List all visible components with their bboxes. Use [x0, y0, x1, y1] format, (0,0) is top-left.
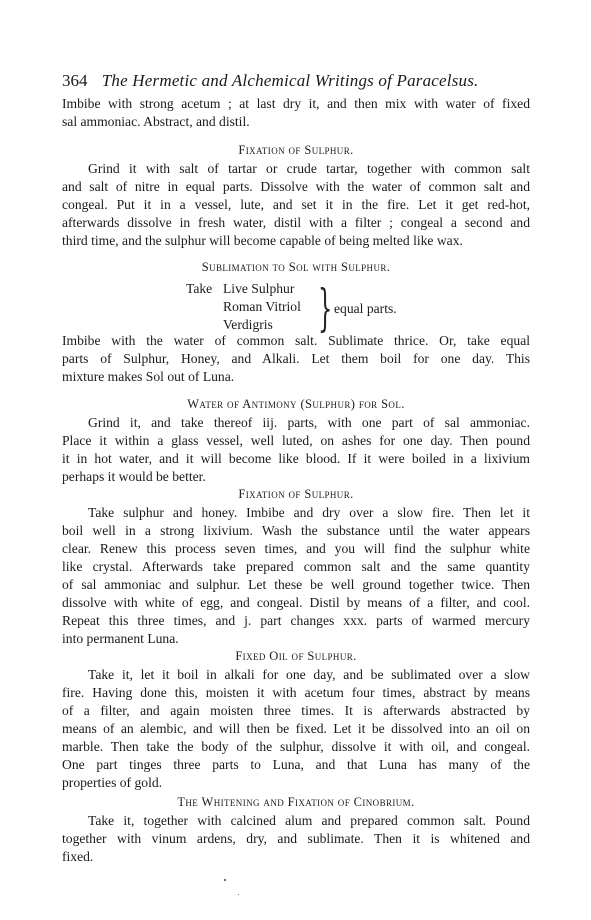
text-line: into permanent Luna.: [62, 630, 530, 648]
section-heading: Fixed Oil of Sulphur.: [62, 649, 530, 664]
text-line: sal ammoniac. Abstract, and distil.: [62, 113, 530, 131]
text-line: One part tinges three parts to Luna, and…: [62, 756, 530, 774]
text-line: it in hot water, and it will become like…: [62, 450, 530, 468]
text-line: dissolve with white of egg, and congeal.…: [62, 594, 530, 612]
section-paragraph: Grind it with salt of tartar or crude ta…: [62, 160, 530, 250]
text-line: boil well in a strong lixivium. Wash the…: [62, 522, 530, 540]
section-paragraph: Take it, together with calcined alum and…: [62, 812, 530, 866]
text-line: Grind it with salt of tartar or crude ta…: [62, 160, 530, 178]
scan-speck: [238, 894, 239, 895]
text-line: Imbibe with strong acetum ; at last dry …: [62, 95, 530, 113]
section-heading: Fixation of Sulphur.: [62, 487, 530, 502]
text-line: of sal ammoniac and sulphur. Let these b…: [62, 576, 530, 594]
curly-brace-icon: }: [318, 282, 332, 334]
text-line: Place it within a glass vessel, well lut…: [62, 432, 530, 450]
text-line: and salt of nitre in equal parts. Dissol…: [62, 178, 530, 196]
section-heading: The Whitening and Fixation of Cinobrium.: [62, 795, 530, 810]
recipe-take: Take: [186, 280, 223, 298]
page-number: 364: [62, 71, 88, 90]
section-paragraph: Take sulphur and honey. Imbibe and dry o…: [62, 504, 530, 648]
recipe-item: Live Sulphur: [223, 280, 294, 298]
text-line: properties of gold.: [62, 774, 530, 792]
text-line: marble. Then take the body of the sulphu…: [62, 738, 530, 756]
scan-speck: [224, 879, 226, 881]
book-page: 364 The Hermetic and Alchemical Writings…: [0, 0, 591, 920]
text-line: Take it, together with calcined alum and…: [62, 812, 530, 830]
section-heading: Water of Antimony (Sulphur) for Sol.: [62, 397, 530, 412]
text-line: mixture makes Sol out of Luna.: [62, 368, 530, 386]
section-paragraph: Grind it, and take thereof iij. parts, w…: [62, 414, 530, 486]
intro-paragraph: Imbibe with strong acetum ; at last dry …: [62, 95, 530, 131]
text-line: fixed.: [62, 848, 530, 866]
text-line: third time, and the sulphur will become …: [62, 232, 530, 250]
text-line: together with vinum ardens, dry, and sub…: [62, 830, 530, 848]
text-line: Grind it, and take thereof iij. parts, w…: [62, 414, 530, 432]
text-line: Imbibe with the water of common salt. Su…: [62, 332, 530, 350]
text-line: of a filter, and again moisten three tim…: [62, 702, 530, 720]
running-head: 364 The Hermetic and Alchemical Writings…: [62, 71, 479, 91]
text-line: congeal. Put it in a vessel, lute, and s…: [62, 196, 530, 214]
book-title: The Hermetic and Alchemical Writings of …: [102, 71, 479, 90]
section-paragraph: Take it, let it boil in alkali for one d…: [62, 666, 530, 792]
brace-label: equal parts.: [334, 300, 397, 318]
text-line: Take it, let it boil in alkali for one d…: [62, 666, 530, 684]
section-paragraph: Imbibe with the water of common salt. Su…: [62, 332, 530, 386]
text-line: Take sulphur and honey. Imbibe and dry o…: [62, 504, 530, 522]
section-heading: Sublimation to Sol with Sulphur.: [62, 260, 530, 275]
text-line: parts of Sulphur, Honey, and Alkali. Let…: [62, 350, 530, 368]
text-line: afterwards dissolve in fresh water, dist…: [62, 214, 530, 232]
recipe-item: Roman Vitriol: [223, 298, 301, 316]
text-line: like crystal. Afterwards take prepared c…: [62, 558, 530, 576]
text-line: Repeat this three times, and j. part cha…: [62, 612, 530, 630]
recipe-list: TakeLive Sulphur Roman Vitriol Verdigris: [186, 280, 301, 334]
text-line: clear. Renew this process seven times, a…: [62, 540, 530, 558]
text-line: perhaps it would be better.: [62, 468, 530, 486]
text-line: means of an alembic, and will then be fi…: [62, 720, 530, 738]
section-heading: Fixation of Sulphur.: [62, 143, 530, 158]
text-line: fire. Having done this, moisten it with …: [62, 684, 530, 702]
